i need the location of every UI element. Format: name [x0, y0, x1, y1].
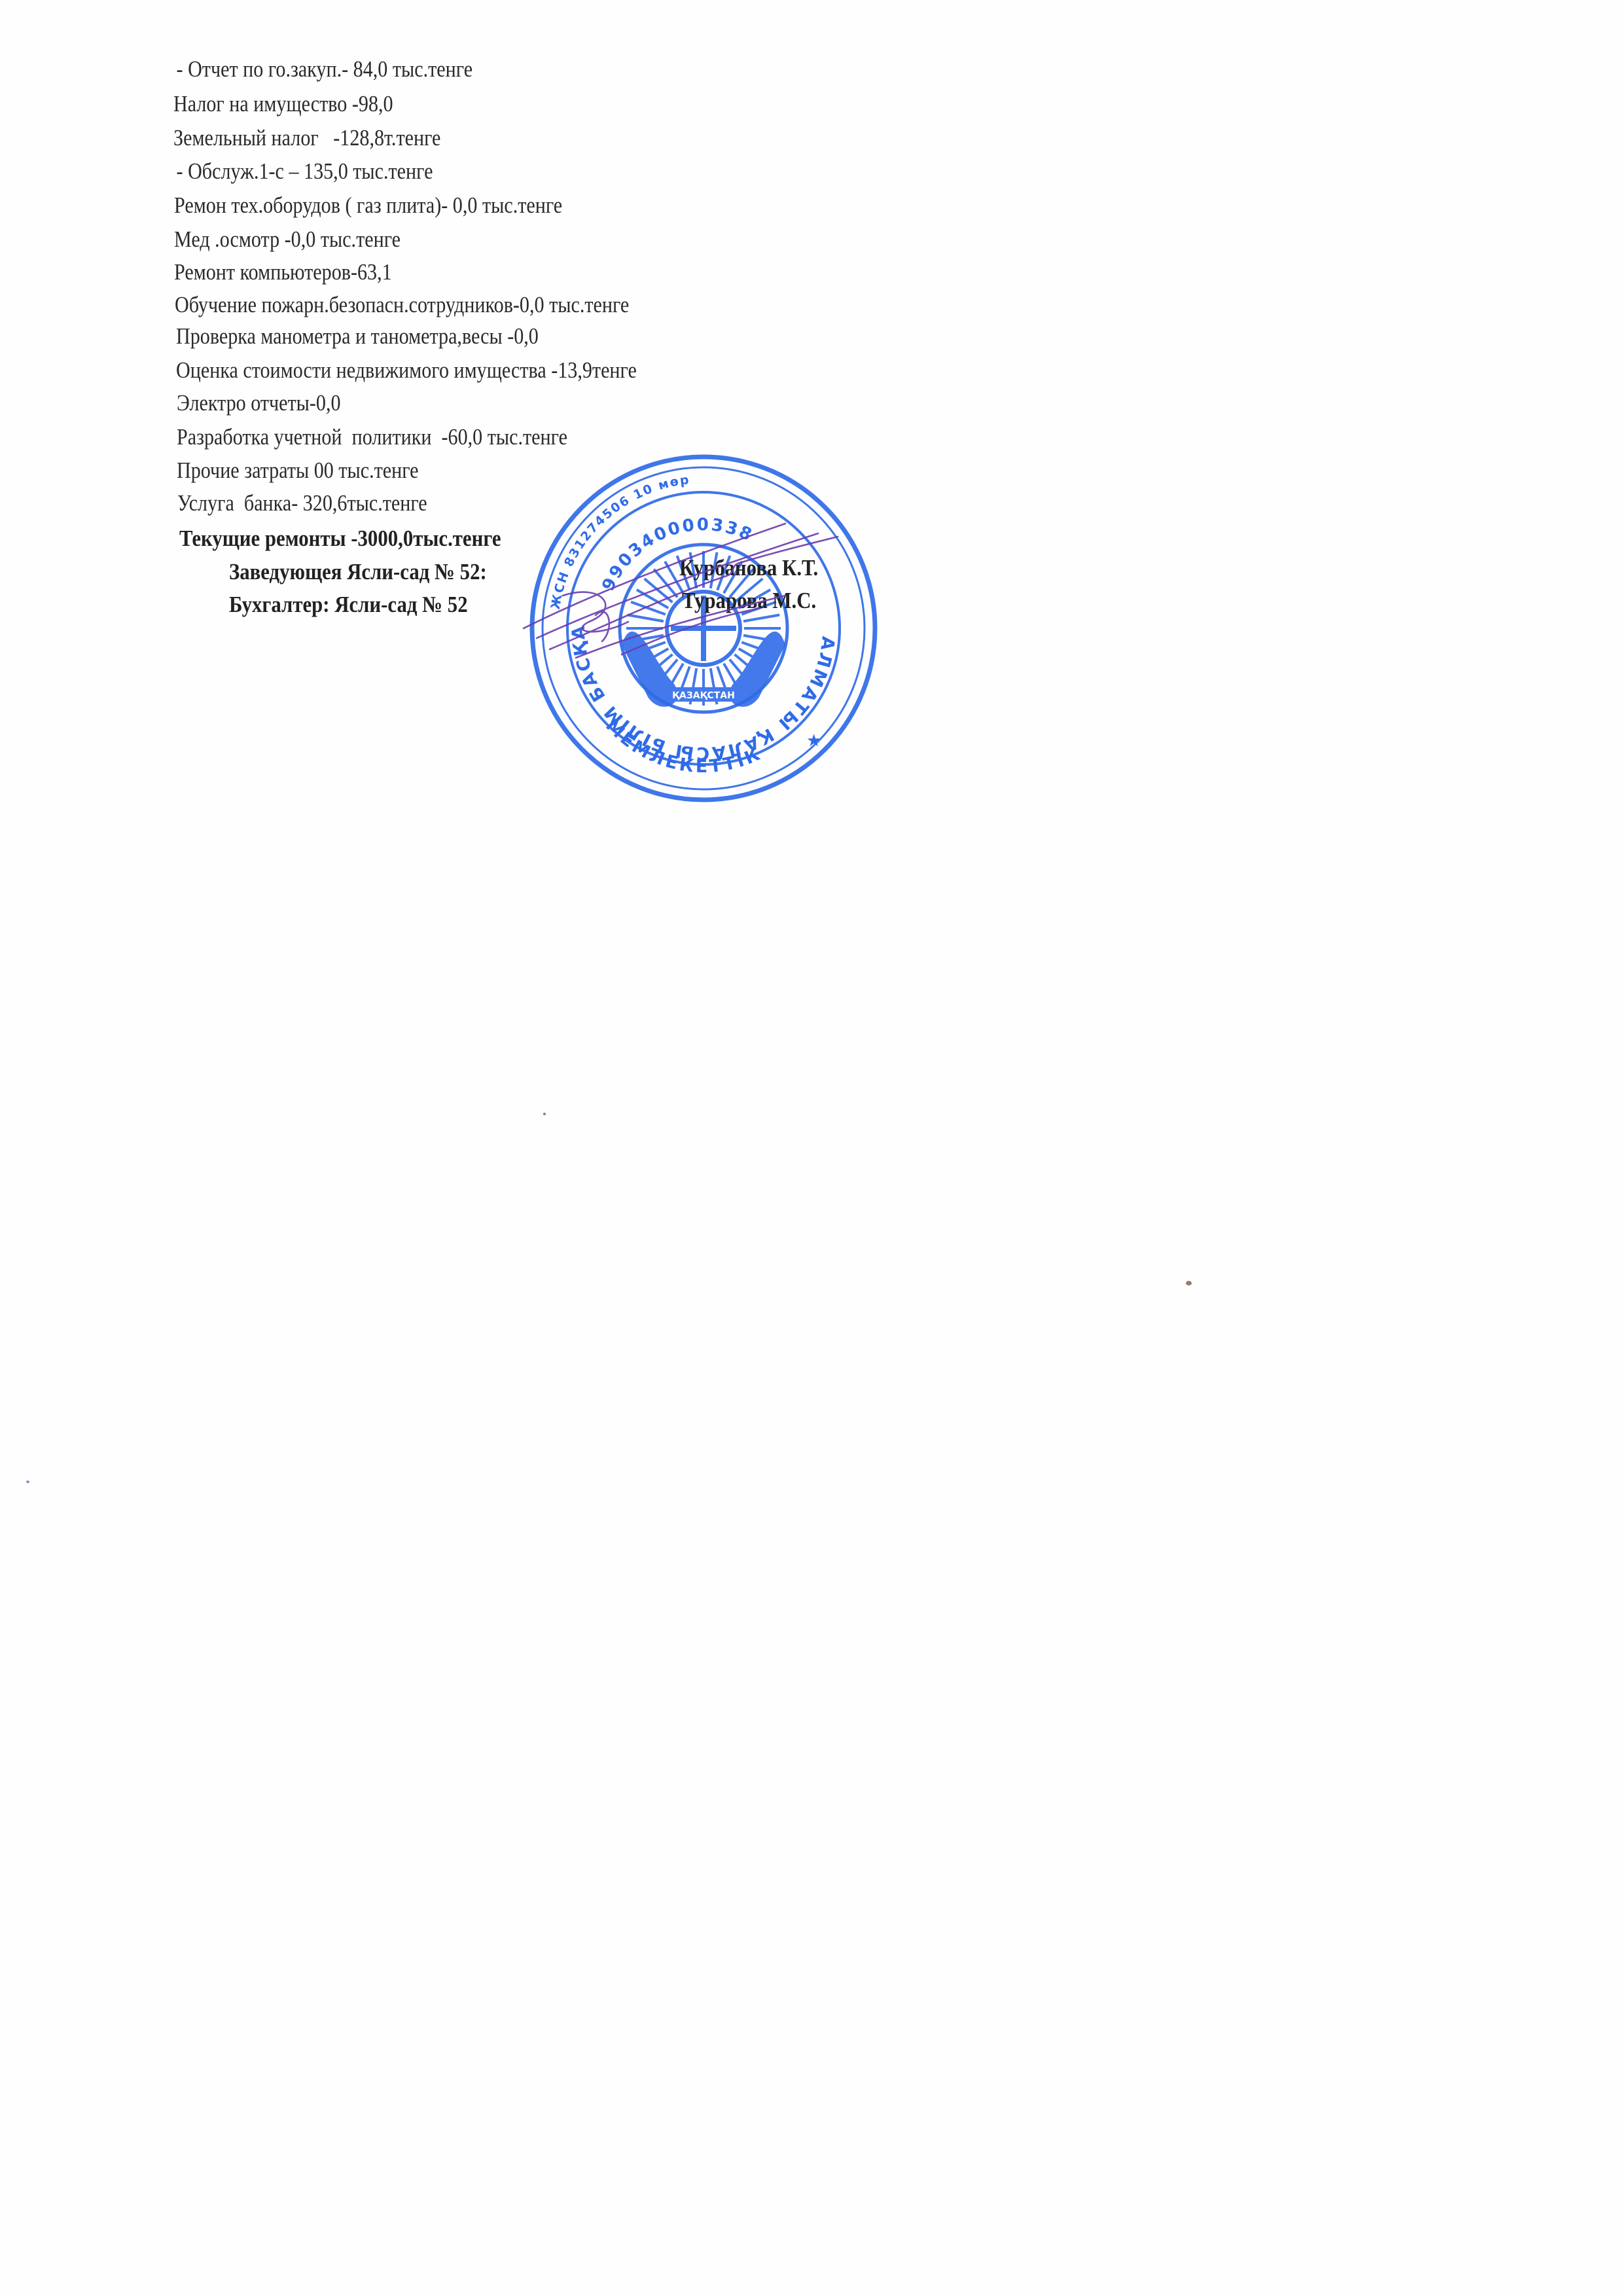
expense-line-fire-safety-training: Обучение пожарн.безопасн.сотрудников-0,0… [175, 293, 629, 316]
expense-line-other-costs: Прочие затраты 00 тыс.тенге [177, 459, 419, 482]
scanned-page: - Отчет по го.закуп.- 84,0 тыс.тенге Нал… [0, 0, 1623, 2296]
stamp-star-icon: ★ [806, 731, 821, 751]
expense-line-bank-service: Услуга банка- 320,6тыс.тенге [177, 492, 427, 514]
expense-line-property-valuation: Оценка стоимости недвижимого имущества -… [176, 359, 637, 382]
scan-speck [543, 1113, 546, 1115]
expense-line-land-tax: Земельный налог -128,8т.тенге [173, 126, 440, 149]
expense-line-manometer-check: Проверка манометра и танометра,весы -0,0 [176, 325, 539, 348]
signature-role-head: Заведующея Ясли-сад № 52: [229, 560, 487, 583]
expense-line-accounting-policy: Разработка учетной политики -60,0 тыс.те… [177, 425, 567, 448]
expense-line-property-tax: Налог на имущество -98,0 [173, 92, 393, 115]
scan-speck [1186, 1281, 1192, 1285]
handwritten-signature [510, 497, 851, 668]
expense-line-equipment-repair: Ремон тех.оборудов ( газ плита)- 0,0 тыс… [174, 194, 562, 217]
expense-line-current-repairs: Текущие ремонты -3000,0тыс.тенге [179, 527, 501, 550]
expense-line-1c-service: - Обслуж.1-с – 135,0 тыс.тенге [171, 160, 433, 183]
scan-speck [26, 1480, 29, 1483]
stamp-emblem-caption: ҚАЗАҚСТАН [672, 691, 735, 701]
signature-role-accountant: Бухгалтер: Ясли-сад № 52 [229, 593, 468, 616]
expense-line-computer-repair: Ремонт компьютеров-63,1 [174, 260, 392, 283]
expense-line-goszakup: - Отчет по го.закуп.- 84,0 тыс.тенге [171, 58, 473, 81]
expense-line-medical-exam: Мед .осмотр -0,0 тыс.тенге [174, 228, 401, 251]
expense-line-electronic-reports: Электро отчеты-0,0 [177, 391, 341, 414]
